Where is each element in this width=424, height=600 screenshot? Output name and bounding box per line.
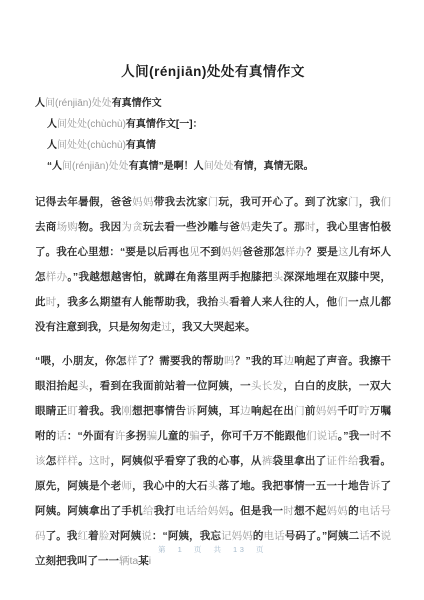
text-segment: 头 xyxy=(273,271,284,283)
text-segment: “喂，小朋友，你怎 xyxy=(35,355,127,367)
text-segment: 响起在出 xyxy=(251,405,294,417)
text-segment: 时 xyxy=(305,221,316,233)
text-segment: 场购 xyxy=(57,221,79,233)
text-segment: ？要是 xyxy=(306,246,338,258)
text-segment: 看着人来人往的人，他 xyxy=(229,296,337,308)
text-segment: 骗 xyxy=(147,430,158,442)
text-segment: 不 xyxy=(381,430,392,442)
text-segment: 。”我一 xyxy=(338,430,370,442)
text-segment: 时 xyxy=(283,505,294,517)
text-segment: ，阿姨似乎看穿了我的心事，从 xyxy=(111,455,262,467)
text-segment: 话 xyxy=(359,530,370,542)
text-segment: 阿姨，耳 xyxy=(197,405,240,417)
text-segment: 们 xyxy=(337,296,348,308)
document-page: 人间(rénjiān)处处有真情作文 人间(rénjiān)处处有真情作文 人间… xyxy=(0,0,424,600)
text-segment: 玩去看一些沙雕与爸 xyxy=(143,221,240,233)
text-segment: ：“阿姨，我忘 xyxy=(152,530,221,542)
text-segment: 见 xyxy=(189,246,200,258)
text-segment: 妈 xyxy=(240,221,251,233)
text-segment: 样办 xyxy=(46,271,68,283)
text-segment: 有真情 xyxy=(126,140,156,151)
text-segment: 刚 xyxy=(121,405,132,417)
text-segment: 妈妈 xyxy=(132,196,154,208)
text-segment: 爸爸那怎 xyxy=(242,246,285,258)
text-segment: 袋里拿出了 xyxy=(273,455,327,467)
text-segment: 样 xyxy=(127,355,138,367)
text-segment: 这 xyxy=(338,246,349,258)
text-segment: 间处处(chùchù) xyxy=(57,119,126,130)
text-segment: 某 xyxy=(138,555,149,567)
text-segment: 门 xyxy=(208,196,219,208)
text-segment: 门 xyxy=(348,196,359,208)
text-segment: 去商 xyxy=(35,221,57,233)
text-segment: 样办 xyxy=(285,246,306,258)
text-segment: 的 xyxy=(253,530,264,542)
text-segment: 带我去沈家 xyxy=(154,196,208,208)
text-segment: ，我 xyxy=(359,196,381,208)
text-segment: 间(rénjiān)处处 xyxy=(62,161,129,172)
text-segment: 这时 xyxy=(89,455,111,467)
text-segment: 想把事情告 xyxy=(132,405,186,417)
text-segment: 。”我越想越害怕，就蹲在角落里两手抱膝把 xyxy=(67,271,272,283)
text-segment: 脸 xyxy=(99,530,110,542)
text-segment: 的 xyxy=(348,505,359,517)
text-segment: 电话给妈妈 xyxy=(175,505,229,517)
essay-paragraph-2: “喂，小朋友，你怎样了？需要我的帮助吗？”我的耳边响起了声音。我擦干眼泪抬起头，… xyxy=(35,349,391,574)
text-segment: 咛 xyxy=(359,405,370,417)
text-segment: ta xyxy=(130,555,139,567)
text-segment: 多拐 xyxy=(125,430,146,442)
text-segment: 该 xyxy=(35,455,46,467)
text-segment: 许 xyxy=(115,430,126,442)
text-segment: 号码了。”阿姨二 xyxy=(285,530,360,542)
text-segment: ：“外面有 xyxy=(67,430,115,442)
text-segment: 。 xyxy=(78,455,89,467)
text-segment: 了？需要我的帮助 xyxy=(138,355,224,367)
text-segment: 诉 xyxy=(186,405,197,417)
text-segment: 不到 xyxy=(200,246,221,258)
page-footer: 第 1 页 共 13 页 xyxy=(0,544,424,555)
text-segment: 人 xyxy=(47,140,57,151)
text-segment: 有真情”是啊！人 xyxy=(129,161,204,172)
text-segment: 着 xyxy=(88,530,99,542)
text-segment: 妈妈 xyxy=(316,405,338,417)
text-segment: ？”我的耳 xyxy=(235,355,284,367)
text-segment: ，我又大哭起来。 xyxy=(172,321,256,333)
text-segment: 有真情作文 xyxy=(112,98,162,109)
text-segment: ，我心中的大石 xyxy=(132,480,208,492)
text-segment: 子，你可千万不能跟他 xyxy=(200,430,306,442)
text-segment: 说 xyxy=(141,530,152,542)
subtitle-line-4: “人间(rénjiān)处处有真情”是啊！人间处处有情，真情无限。 xyxy=(35,156,391,177)
text-segment: 记妈妈 xyxy=(221,530,253,542)
text-segment: 证件给 xyxy=(327,455,359,467)
text-segment: 不 xyxy=(370,530,381,542)
text-segment: 。但是我一 xyxy=(229,505,283,517)
text-segment: i xyxy=(149,555,151,567)
subtitle-line-3: 人间处处(chùchù)有真情 xyxy=(35,135,391,156)
text-segment: 妈妈 xyxy=(327,505,349,517)
text-segment: 头 xyxy=(208,480,219,492)
text-segment: 间处处 xyxy=(204,161,234,172)
text-segment: 时 xyxy=(46,296,57,308)
text-segment: 裤 xyxy=(262,455,273,467)
text-segment: 红 xyxy=(78,530,89,542)
text-segment: 说 xyxy=(381,530,392,542)
text-segment: 师 xyxy=(121,480,132,492)
text-segment: 我打 xyxy=(154,505,176,517)
text-segment: ，我多么期望有人能帮助我，我抬 xyxy=(57,296,219,308)
text-segment: “人 xyxy=(47,161,62,172)
text-segment: 诉 xyxy=(370,480,381,492)
text-segment: 物。我因 xyxy=(78,221,121,233)
text-segment: 为贪 xyxy=(121,221,143,233)
text-segment: 盯 xyxy=(67,405,78,417)
text-segment: 间处处(chùchù) xyxy=(57,140,126,151)
text-segment: 骗 xyxy=(189,430,200,442)
text-segment: 边 xyxy=(283,355,294,367)
text-segment: 有真情作文[一]： xyxy=(126,119,203,130)
text-segment: 妈妈 xyxy=(221,246,242,258)
document-title: 人间(rénjiān)处处有真情作文 xyxy=(35,60,391,80)
text-segment: 着我。我 xyxy=(78,405,121,417)
text-segment: 头 xyxy=(78,380,89,392)
essay-paragraph-1: 记得去年暑假，爸爸妈妈带我去沈家门玩，我可开心了。到了沈家门，我们去商场购物。我… xyxy=(35,190,391,340)
text-segment: 给 xyxy=(143,505,154,517)
text-segment: 时 xyxy=(370,430,381,442)
text-segment: 辆 xyxy=(119,555,130,567)
text-segment: 吗 xyxy=(224,355,235,367)
text-segment: 门 xyxy=(294,405,305,417)
text-segment: 走失了。那 xyxy=(251,221,305,233)
text-segment: ，看到在我面前站着一位阿姨，一 xyxy=(89,380,251,392)
text-segment: 儿童的 xyxy=(157,430,189,442)
text-segment: 玩，我可开心了。到了沈家 xyxy=(219,196,349,208)
text-segment: 边 xyxy=(240,405,251,417)
text-segment: 人 xyxy=(47,119,57,130)
text-segment: 们说话 xyxy=(306,430,338,442)
text-segment: 头 xyxy=(219,296,230,308)
text-segment: 对阿姨 xyxy=(109,530,141,542)
text-segment: 样样 xyxy=(57,455,79,467)
text-segment: 们 xyxy=(381,196,392,208)
page-number-text: 第 1 页 共 13 页 xyxy=(158,545,266,554)
subtitle-line-2: 人间处处(chùchù)有真情作文[一]： xyxy=(35,114,391,135)
subtitle-line-1: 人间(rénjiān)处处有真情作文 xyxy=(35,93,391,114)
text-segment: 前 xyxy=(305,405,316,417)
text-segment: 想不起 xyxy=(294,505,326,517)
text-segment: 间(rénjiān)处处 xyxy=(45,98,112,109)
text-segment: 话 xyxy=(56,430,67,442)
text-segment: 有情，真情无限。 xyxy=(234,161,314,172)
text-segment: 了。我 xyxy=(46,530,78,542)
text-segment: 千叮 xyxy=(337,405,359,417)
text-segment: 怎 xyxy=(46,455,57,467)
text-segment: 立刻把我叫了一一 xyxy=(35,555,119,567)
text-segment: 落了地。我把事情一五一十地告 xyxy=(219,480,370,492)
text-segment: 记得去年暑假，爸爸 xyxy=(35,196,132,208)
text-segment: 头长发 xyxy=(251,380,283,392)
text-segment: 过 xyxy=(161,321,172,333)
text-segment: 电话 xyxy=(264,530,285,542)
text-segment: 人 xyxy=(35,98,45,109)
